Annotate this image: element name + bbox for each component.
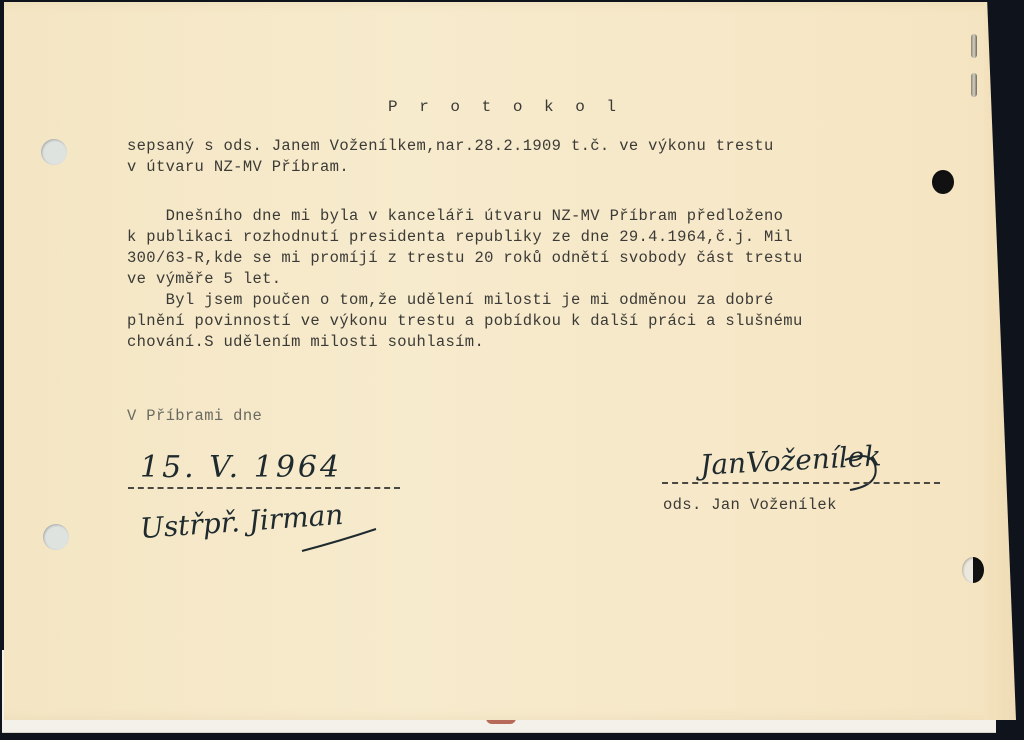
punch-hole-right-lower (962, 557, 984, 583)
staple-mark-lower (971, 73, 977, 97)
handwritten-date: 15. V. 1964 (140, 450, 342, 485)
intro-line-2: v útvaru NZ-MV Příbram. (127, 158, 349, 177)
staple-mark-upper (971, 34, 977, 58)
paragraph1-line-1: Dnešního dne mi byla v kanceláři útvaru … (127, 207, 783, 226)
signature-flourish-right (840, 450, 890, 495)
page-right-edge (984, 2, 1016, 720)
punch-hole-bottom-left (43, 524, 69, 550)
paragraph1-line-4: ve výměře 5 let. (127, 270, 281, 289)
paragraph2-line-3: chování.S udělením milosti souhlasím. (127, 333, 484, 352)
date-dotted-line (128, 487, 400, 489)
signature-dotted-line (662, 482, 940, 484)
paragraph2-line-2: plnění povinností ve výkonu trestu a pob… (127, 312, 803, 331)
paragraph1-line-2: k publikaci rozhodnutí presidenta republ… (127, 228, 793, 247)
document-title: P r o t o k o l (388, 98, 622, 117)
paragraph1-line-3: 300/63-R,kde se mi promíjí z trestu 20 r… (127, 249, 803, 268)
signature-flourish-left (300, 525, 380, 555)
punch-hole-top-left (41, 139, 67, 165)
intro-line-1: sepsaný s ods. Janem Voženílkem,nar.28.2… (127, 137, 774, 156)
paragraph2-line-1: Byl jsem poučen o tom,že udělení milosti… (127, 291, 774, 310)
place-line: V Příbrami dne (127, 407, 262, 426)
punch-hole-right-upper (932, 170, 954, 194)
signatory-label: ods. Jan Voženílek (663, 496, 837, 515)
